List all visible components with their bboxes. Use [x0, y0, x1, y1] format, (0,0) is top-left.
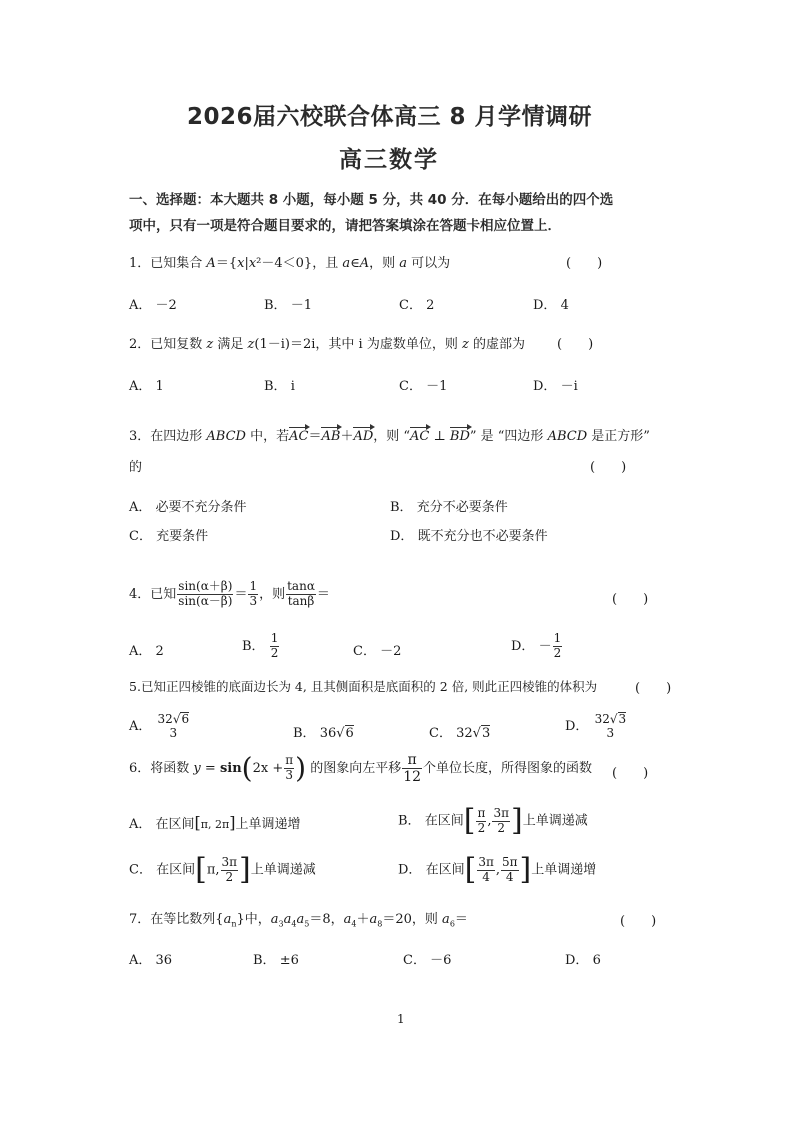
- question-number: 7．: [129, 912, 150, 927]
- answer-bracket: ( ): [557, 333, 593, 352]
- question-2-stem: 2．已知复数 z 满足 z(1－i)＝2i，其中 i 为虚数单位，则 z 的虚部…: [129, 333, 525, 352]
- q5-option-b[interactable]: B． 36√6: [293, 722, 354, 741]
- option-text: 上单调递增: [531, 863, 596, 878]
- text: 已知集合: [150, 256, 206, 271]
- option-label: C．: [129, 529, 152, 544]
- left-bracket: [: [195, 852, 207, 887]
- text: ＝: [308, 429, 321, 444]
- q7-option-d[interactable]: D． 6: [565, 949, 601, 968]
- numerator: 32√3: [594, 712, 628, 727]
- text: ⊥: [429, 429, 450, 444]
- text: 已知正四棱锥的底面边长为 4, 且其侧面积是底面积的 2 倍, 则此正四棱锥的体…: [141, 679, 597, 694]
- option-text: －i: [561, 379, 578, 394]
- text: ²－4＜0}，且: [256, 256, 342, 271]
- numerator: π: [402, 752, 422, 769]
- text: =: [201, 761, 220, 776]
- text: 已知复数: [150, 337, 206, 352]
- option-label: B．: [293, 726, 316, 741]
- option-text: －2: [380, 644, 401, 659]
- option-text: －2: [156, 298, 177, 313]
- q5-option-a[interactable]: A． 32√63: [129, 712, 191, 741]
- math-var: y: [193, 761, 200, 776]
- denominator: 3: [594, 727, 628, 741]
- q6-option-c[interactable]: C． 在区间[π,3π2]上单调递减: [129, 855, 316, 885]
- right-bracket: ]: [239, 852, 251, 887]
- answer-bracket: ( ): [635, 677, 671, 696]
- option-text: 充分不必要条件: [417, 500, 508, 515]
- denominator: 2: [492, 822, 510, 836]
- radicand: 3: [618, 712, 627, 727]
- text: ∈: [350, 256, 360, 271]
- interval-start: π: [207, 863, 216, 878]
- text: 中，若: [246, 429, 289, 444]
- q2-option-a[interactable]: A． 1: [129, 375, 164, 394]
- right-bracket: ]: [511, 803, 523, 838]
- page-number: 1: [397, 1012, 405, 1026]
- sign: －: [539, 639, 552, 654]
- q4-option-c[interactable]: C． －2: [353, 640, 401, 659]
- text: ，则: [259, 587, 285, 602]
- q1-option-d[interactable]: D． 4: [533, 294, 569, 313]
- fraction: 12: [270, 632, 280, 661]
- q6-option-d[interactable]: D． 在区间[3π4,5π4]上单调递增: [398, 855, 596, 885]
- q2-option-c[interactable]: C． －1: [399, 375, 447, 394]
- question-5-stem: 5.已知正四棱锥的底面边长为 4, 且其侧面积是底面积的 2 倍, 则此正四棱锥…: [129, 677, 597, 695]
- option-label: B．: [390, 500, 413, 515]
- numerator: 3π: [477, 856, 495, 871]
- option-label: B．: [264, 298, 287, 313]
- fraction: tanαtanβ: [286, 580, 316, 609]
- vector-ab: AB: [321, 429, 340, 444]
- answer-bracket: ( ): [612, 588, 648, 607]
- text: ＝{: [216, 256, 237, 271]
- text: 个单位长度，所得图象的函数: [423, 761, 592, 776]
- math-var: ABCD: [206, 429, 246, 444]
- option-text: 6: [593, 953, 601, 968]
- text: ＝20，则: [382, 912, 442, 927]
- section-instructions-line1: 一、选择题：本大题共 8 小题，每小题 5 分，共 40 分．在每小题给出的四个…: [129, 188, 613, 208]
- fraction: 32√33: [594, 712, 628, 741]
- text: 2x +: [253, 761, 284, 776]
- option-text: 必要不充分条件: [156, 500, 247, 515]
- option-text: ±6: [280, 953, 299, 968]
- right-bracket: ]: [520, 852, 532, 887]
- fraction: π3: [284, 754, 294, 783]
- answer-bracket: ( ): [620, 910, 656, 929]
- option-text: －1: [426, 379, 447, 394]
- option-label: D．: [390, 529, 413, 544]
- text: 是正方形”: [587, 429, 650, 444]
- section-instructions-line2: 项中，只有一项是符合题目要求的，请把答案填涂在答题卡相应位置上．: [129, 214, 561, 234]
- answer-bracket: ( ): [566, 252, 602, 271]
- answer-bracket: ( ): [612, 762, 648, 781]
- question-1-stem: 1．已知集合 A＝{x|x²－4＜0}，且 a∈A，则 a 可以为: [129, 252, 450, 271]
- fraction: 5π4: [501, 856, 519, 885]
- denominator: 2: [270, 647, 280, 661]
- vector-ac: AC: [410, 429, 429, 444]
- denominator: 2: [553, 647, 563, 661]
- math-var: a: [342, 256, 350, 271]
- vector-bd: BD: [450, 429, 470, 444]
- text: (1－i)＝2i，其中 i 为虚数单位，则: [254, 337, 462, 352]
- option-label: B．: [398, 814, 421, 829]
- math-var: a: [399, 256, 407, 271]
- radicand: 6: [345, 725, 354, 741]
- text: 将函数: [150, 761, 193, 776]
- text: ＝: [455, 912, 468, 927]
- q4-option-d[interactable]: D． －12: [511, 632, 563, 661]
- text: ＋: [340, 429, 353, 444]
- denominator: 3: [284, 769, 294, 783]
- numerator: 1: [553, 632, 563, 647]
- option-text: 4: [561, 298, 569, 313]
- fraction: 32√63: [157, 712, 191, 741]
- fraction: 12: [553, 632, 563, 661]
- option-label: C．: [403, 953, 426, 968]
- fraction: 13: [248, 580, 258, 609]
- q7-option-a[interactable]: A． 36: [129, 949, 172, 968]
- text: 在四边形: [150, 429, 206, 444]
- numerator: π: [476, 807, 486, 822]
- q3-option-c[interactable]: C． 充要条件: [129, 525, 208, 544]
- q5-option-c[interactable]: C． 32√3: [429, 722, 490, 741]
- q6-option-a[interactable]: A． 在区间[π, 2π]上单调递增: [129, 813, 301, 832]
- math-var: z: [462, 337, 469, 352]
- q2-option-b[interactable]: B． i: [264, 375, 295, 394]
- option-text: 2: [426, 298, 434, 313]
- fraction: 3π2: [492, 807, 510, 836]
- denominator: sin(α－β): [177, 595, 233, 609]
- fraction: 3π4: [477, 856, 495, 885]
- numerator: 5π: [501, 856, 519, 871]
- q7-option-b[interactable]: B． ±6: [253, 949, 299, 968]
- option-label: D．: [398, 863, 421, 878]
- right-paren: ): [295, 752, 306, 785]
- option-label: A．: [129, 644, 151, 659]
- question-4-stem: 4．已知sin(α＋β)sin(α－β)＝13，则tanαtanβ＝: [129, 580, 330, 609]
- text: 可以为: [407, 256, 450, 271]
- option-label: D．: [533, 298, 556, 313]
- exam-subtitle: 高三数学: [339, 141, 439, 174]
- math-var: a: [271, 912, 279, 927]
- question-number: 5.: [129, 679, 141, 694]
- denominator: 3: [157, 727, 191, 741]
- option-label: B．: [253, 953, 276, 968]
- option-label: D．: [565, 719, 588, 734]
- q1-option-b[interactable]: B． －1: [264, 294, 312, 313]
- option-text: 上单调递增: [236, 817, 301, 832]
- option-label: A．: [129, 719, 151, 734]
- text: }中，: [236, 912, 270, 927]
- radicand: 3: [481, 725, 490, 741]
- numerator: 1: [248, 580, 258, 595]
- text: ，则 “: [373, 429, 410, 444]
- option-label: D．: [533, 379, 556, 394]
- option-text: －6: [430, 953, 451, 968]
- math-var: a: [442, 912, 450, 927]
- option-text: 既不充分也不必要条件: [418, 529, 548, 544]
- q7-option-c[interactable]: C． －6: [403, 949, 451, 968]
- fraction: π12: [402, 752, 422, 785]
- option-label: B．: [264, 379, 287, 394]
- option-text: 上单调递减: [251, 863, 316, 878]
- text: ＝: [317, 587, 330, 602]
- denominator: 2: [221, 871, 239, 885]
- numerator: 1: [270, 632, 280, 647]
- question-number: 1．: [129, 256, 150, 271]
- denominator: 4: [501, 871, 519, 885]
- denominator: tanβ: [286, 595, 316, 609]
- option-text: 在区间: [156, 817, 195, 832]
- option-label: A．: [129, 817, 151, 832]
- denominator: 4: [477, 871, 495, 885]
- option-label: C．: [353, 644, 376, 659]
- q4-option-a[interactable]: A． 2: [129, 640, 164, 659]
- option-label: A．: [129, 298, 151, 313]
- sin-function: sin: [220, 761, 242, 776]
- numerator: sin(α＋β): [177, 580, 233, 595]
- question-number: 2．: [129, 337, 150, 352]
- coefficient: 36: [320, 726, 337, 741]
- q2-option-d[interactable]: D． －i: [533, 375, 578, 394]
- question-number: 4．: [129, 587, 150, 602]
- q3-option-b[interactable]: B． 充分不必要条件: [390, 496, 508, 515]
- question-number: 6．: [129, 761, 150, 776]
- text: ＝: [234, 587, 247, 602]
- text: 的图象向左平移: [306, 761, 401, 776]
- coefficient: 32: [456, 726, 473, 741]
- option-label: C．: [429, 726, 452, 741]
- text: ” 是 “四边形: [470, 429, 548, 444]
- option-text: 2: [156, 644, 164, 659]
- question-7-stem: 7．在等比数列{an}中，a3a4a5＝8，a4＋a8＝20，则 a6＝: [129, 908, 468, 929]
- q4-option-b[interactable]: B． 12: [242, 632, 280, 661]
- denominator: 3: [248, 595, 258, 609]
- question-3-stem: 3．在四边形 ABCD 中，若AC＝AB＋AD，则 “AC ⊥ BD” 是 “四…: [129, 425, 650, 444]
- option-label: A．: [129, 500, 151, 515]
- left-bracket: [: [464, 803, 476, 838]
- vector-ad: AD: [353, 429, 373, 444]
- numerator: 32√6: [157, 712, 191, 727]
- question-6-stem: 6．将函数 y = sin(2x +π3) 的图象向左平移π12个单位长度，所得…: [129, 752, 592, 785]
- option-text: 在区间: [156, 863, 195, 878]
- q1-option-c[interactable]: C． 2: [399, 294, 434, 313]
- q3-option-a[interactable]: A． 必要不充分条件: [129, 496, 247, 515]
- math-var: A: [360, 256, 369, 271]
- q3-option-d[interactable]: D． 既不充分也不必要条件: [390, 525, 548, 544]
- math-var: A: [206, 256, 215, 271]
- option-text: 在区间: [425, 814, 464, 829]
- numerator: tanα: [286, 580, 316, 595]
- fraction: sin(α＋β)sin(α－β): [177, 580, 233, 609]
- text: 已知: [150, 587, 176, 602]
- option-label: D．: [565, 953, 588, 968]
- option-label: B．: [242, 639, 265, 654]
- vector-ac: AC: [289, 429, 308, 444]
- radicand: 6: [180, 712, 189, 727]
- math-var: ABCD: [548, 429, 588, 444]
- coefficient: 32: [158, 712, 173, 726]
- text: ＋: [356, 912, 369, 927]
- q6-option-b[interactable]: B． 在区间[π2,3π2]上单调递减: [398, 806, 588, 836]
- option-label: C．: [399, 298, 422, 313]
- option-text: i: [291, 379, 295, 394]
- left-bracket: [: [465, 852, 477, 887]
- numerator: 3π: [492, 807, 510, 822]
- option-text: 在区间: [426, 863, 465, 878]
- text: ，则: [369, 256, 399, 271]
- text: ＝8，: [309, 912, 343, 927]
- fraction: π2: [476, 807, 486, 836]
- text: 满足: [213, 337, 247, 352]
- option-label: C．: [129, 863, 152, 878]
- left-paren: (: [242, 752, 253, 785]
- option-text: －1: [291, 298, 312, 313]
- option-text: 36: [156, 953, 173, 968]
- option-label: D．: [511, 639, 534, 654]
- q1-option-a[interactable]: A． －2: [129, 294, 177, 313]
- option-text: 1: [156, 379, 164, 394]
- exam-title: 2026届六校联合体高三 8 月学情调研: [187, 98, 592, 131]
- numerator: 3π: [221, 856, 239, 871]
- numerator: π: [284, 754, 294, 769]
- option-text: 上单调递减: [523, 814, 588, 829]
- denominator: 12: [402, 769, 422, 785]
- q5-option-d[interactable]: D． 32√33: [565, 712, 628, 741]
- coefficient: 32: [595, 712, 610, 726]
- option-label: C．: [399, 379, 422, 394]
- text: 的虚部为: [469, 337, 525, 352]
- denominator: 2: [476, 822, 486, 836]
- answer-bracket: ( ): [590, 456, 626, 475]
- option-label: A．: [129, 953, 151, 968]
- question-3-stem-line2: 的: [129, 456, 142, 475]
- interval: π, 2π: [201, 818, 229, 831]
- fraction: 3π2: [221, 856, 239, 885]
- question-number: 3．: [129, 429, 150, 444]
- text: 在等比数列{: [150, 912, 223, 927]
- option-text: 充要条件: [156, 529, 208, 544]
- option-label: A．: [129, 379, 151, 394]
